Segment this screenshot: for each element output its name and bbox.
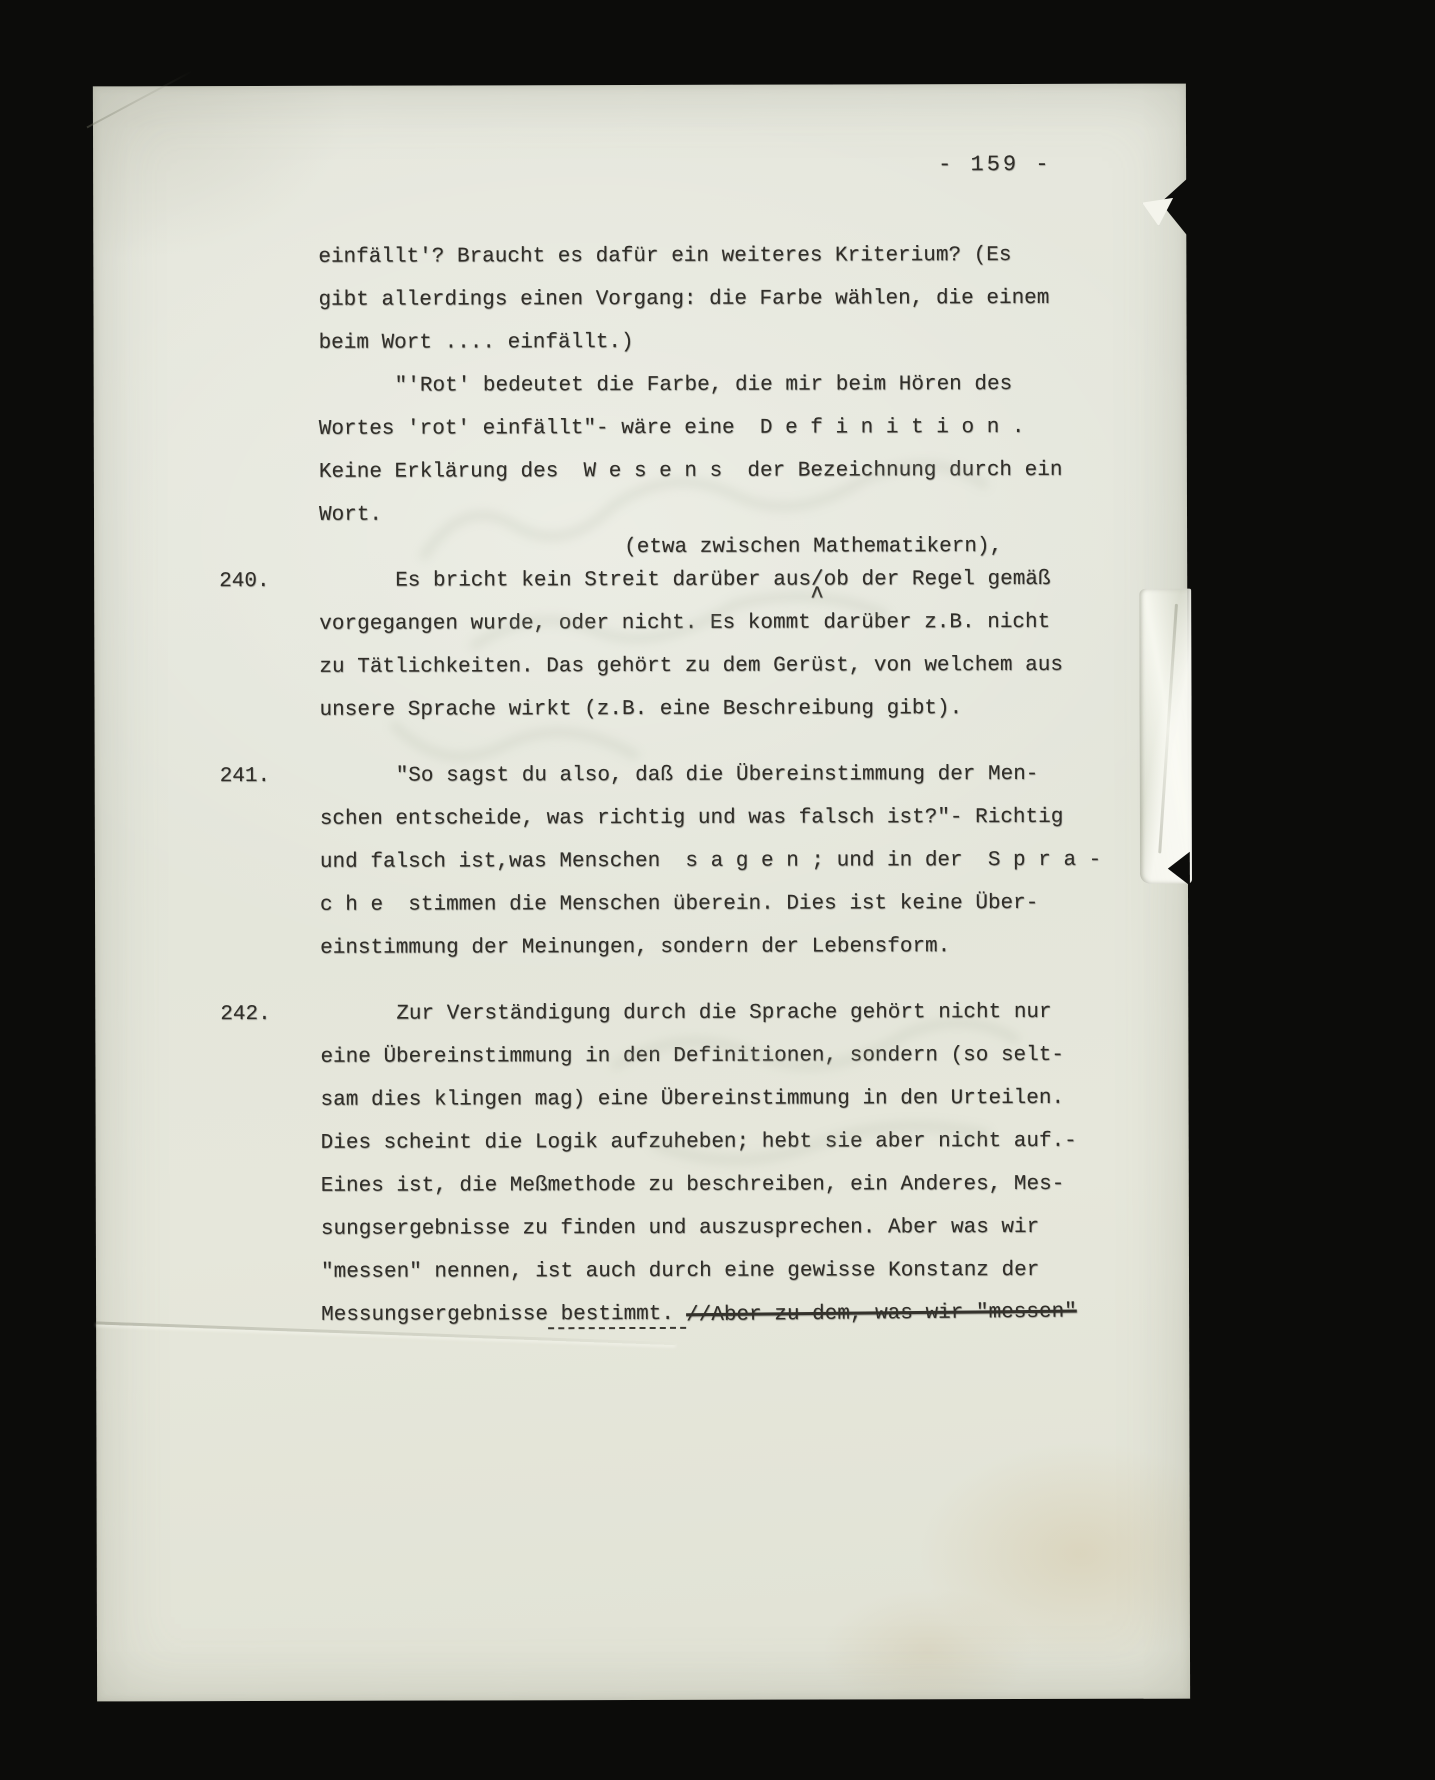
text-segment: "So sagst du also, daß die Übereinstimmu… [396,763,1039,788]
text-segment: Es bricht kein Streit darüber aus/ [395,569,824,593]
text-segment: c h e stimmen die Menschen überein. Dies… [320,892,1038,917]
typescript-line: "messen" nennen, ist auch durch eine gew… [321,1249,1133,1294]
text-segment: beim Wort .... einfällt.) [319,331,634,355]
typescript-line: Messungsergebnisse bestimmt. //Aber zu d… [321,1292,1133,1337]
text-segment: (etwa zwischen Mathematikern), [624,535,1002,559]
underlined-text: bestimmt. [548,1303,687,1329]
text-segment: unsere Sprache wirkt (z.B. eine Beschrei… [319,697,962,722]
typescript-paragraph: 241."So sagst du also, daß die Übereinst… [320,753,1133,970]
text-segment: Wortes 'rot' einfällt"- wäre eine D e f … [319,416,1025,441]
typescript-line: Zur Verständigung durch die Sprache gehö… [320,991,1132,1036]
typescript-line: einstimmung der Meinungen, sondern der L… [320,925,1132,970]
typescript-paragraph: "'Rot' bedeutet die Farbe, die mir beim … [319,363,1131,537]
text-segment: gibt allerdings einen Vorgang: die Farbe… [318,287,1049,312]
text-segment: Dies scheint die Logik aufzuheben; hebt … [321,1130,1077,1155]
paper-sheet: - 159 - einfällt'? Braucht es dafür ein … [93,84,1190,1702]
typescript-paragraph: einfällt'? Braucht es dafür ein weiteres… [318,234,1130,365]
typescript-line: zu Tätlichkeiten. Das gehört zu dem Gerü… [319,644,1131,689]
text-segment: sam dies klingen mag) eine Übereinstimmu… [321,1087,1065,1112]
typescript-line: eine Übereinstimmung in den Definitionen… [320,1034,1132,1079]
text-segment: "messen" nennen, ist auch durch eine gew… [321,1259,1039,1284]
typescript-line: sungsergebnisse zu finden und auszusprec… [321,1206,1133,1251]
text-segment: "'Rot' bedeutet die Farbe, die mir beim … [395,373,1013,398]
paragraph-number: 240. [219,560,270,603]
typescript-body: einfällt'? Braucht es dafür ein weiteres… [318,234,1133,1337]
typescript-line: beim Wort .... einfällt.) [319,320,1131,365]
corner-fold-crease [87,70,194,128]
text-segment: Wort. [319,504,382,527]
strikethrough-text: //Aber zu dem, was wir "messen" [686,1290,1077,1337]
paragraph-number: 242. [220,993,271,1036]
text-segment: zu Tätlichkeiten. Das gehört zu dem Gerü… [319,654,1063,679]
typescript-line: Dies scheint die Logik aufzuheben; hebt … [321,1120,1133,1165]
text-segment: einfällt'? Braucht es dafür ein weiteres… [318,244,1011,269]
typescript-line: sam dies klingen mag) eine Übereinstimmu… [320,1077,1132,1122]
text-segment: Keine Erklärung des W e s e n s der Beze… [319,459,1063,484]
typescript-line: einfällt'? Braucht es dafür ein weiteres… [318,234,1130,279]
page-number: - 159 - [938,152,1051,177]
typescript-line: vorgegangen wurde, oder nicht. Es kommt … [319,601,1131,646]
text-segment: schen entscheide, was richtig und was fa… [320,806,1064,831]
text-segment: ob der Regel gemäß [824,568,1051,592]
typescript-line: unsere Sprache wirkt (z.B. eine Beschrei… [319,687,1131,732]
typescript-paragraph: 240.(etwa zwischen Mathematikern),Es bri… [319,535,1132,732]
typescript-line: Keine Erklärung des W e s e n s der Beze… [319,449,1131,494]
text-segment: sungsergebnisse zu finden und auszusprec… [321,1216,1039,1241]
typescript-line: "'Rot' bedeutet die Farbe, die mir beim … [319,363,1131,408]
text-segment: Eines ist, die Meßmethode zu beschreiben… [321,1173,1065,1198]
typescript-line: gibt allerdings einen Vorgang: die Farbe… [318,277,1130,322]
typescript-line: schen entscheide, was richtig und was fa… [320,796,1132,841]
typescript-line: "So sagst du also, daß die Übereinstimmu… [320,753,1132,798]
typescript-line: Wortes 'rot' einfällt"- wäre eine D e f … [319,406,1131,451]
text-segment: vorgegangen wurde, oder nicht. Es kommt … [319,611,1050,636]
typescript-line: c h e stimmen die Menschen überein. Dies… [320,882,1132,927]
typescript-line: (etwa zwischen Mathematikern), [319,535,1131,560]
paragraph-number: 241. [220,755,271,798]
typescript-line: Eines ist, die Meßmethode zu beschreiben… [321,1163,1133,1208]
typescript-line: und falsch ist,was Menschen s a g e n ; … [320,839,1132,884]
typescript-paragraph: 242.Zur Verständigung durch die Sprache … [320,991,1133,1337]
text-segment: eine Übereinstimmung in den Definitionen… [320,1044,1064,1069]
typescript-line: Wort. [319,492,1131,537]
text-segment: und falsch ist,was Menschen s a g e n ; … [320,849,1101,874]
typescript-line: Es bricht kein Streit darüber aus/ʌob de… [319,558,1131,603]
text-segment: einstimmung der Meinungen, sondern der L… [320,935,950,960]
text-segment: Messungsergebnisse [321,1303,548,1327]
text-segment: Zur Verständigung durch die Sprache gehö… [396,1001,1051,1026]
